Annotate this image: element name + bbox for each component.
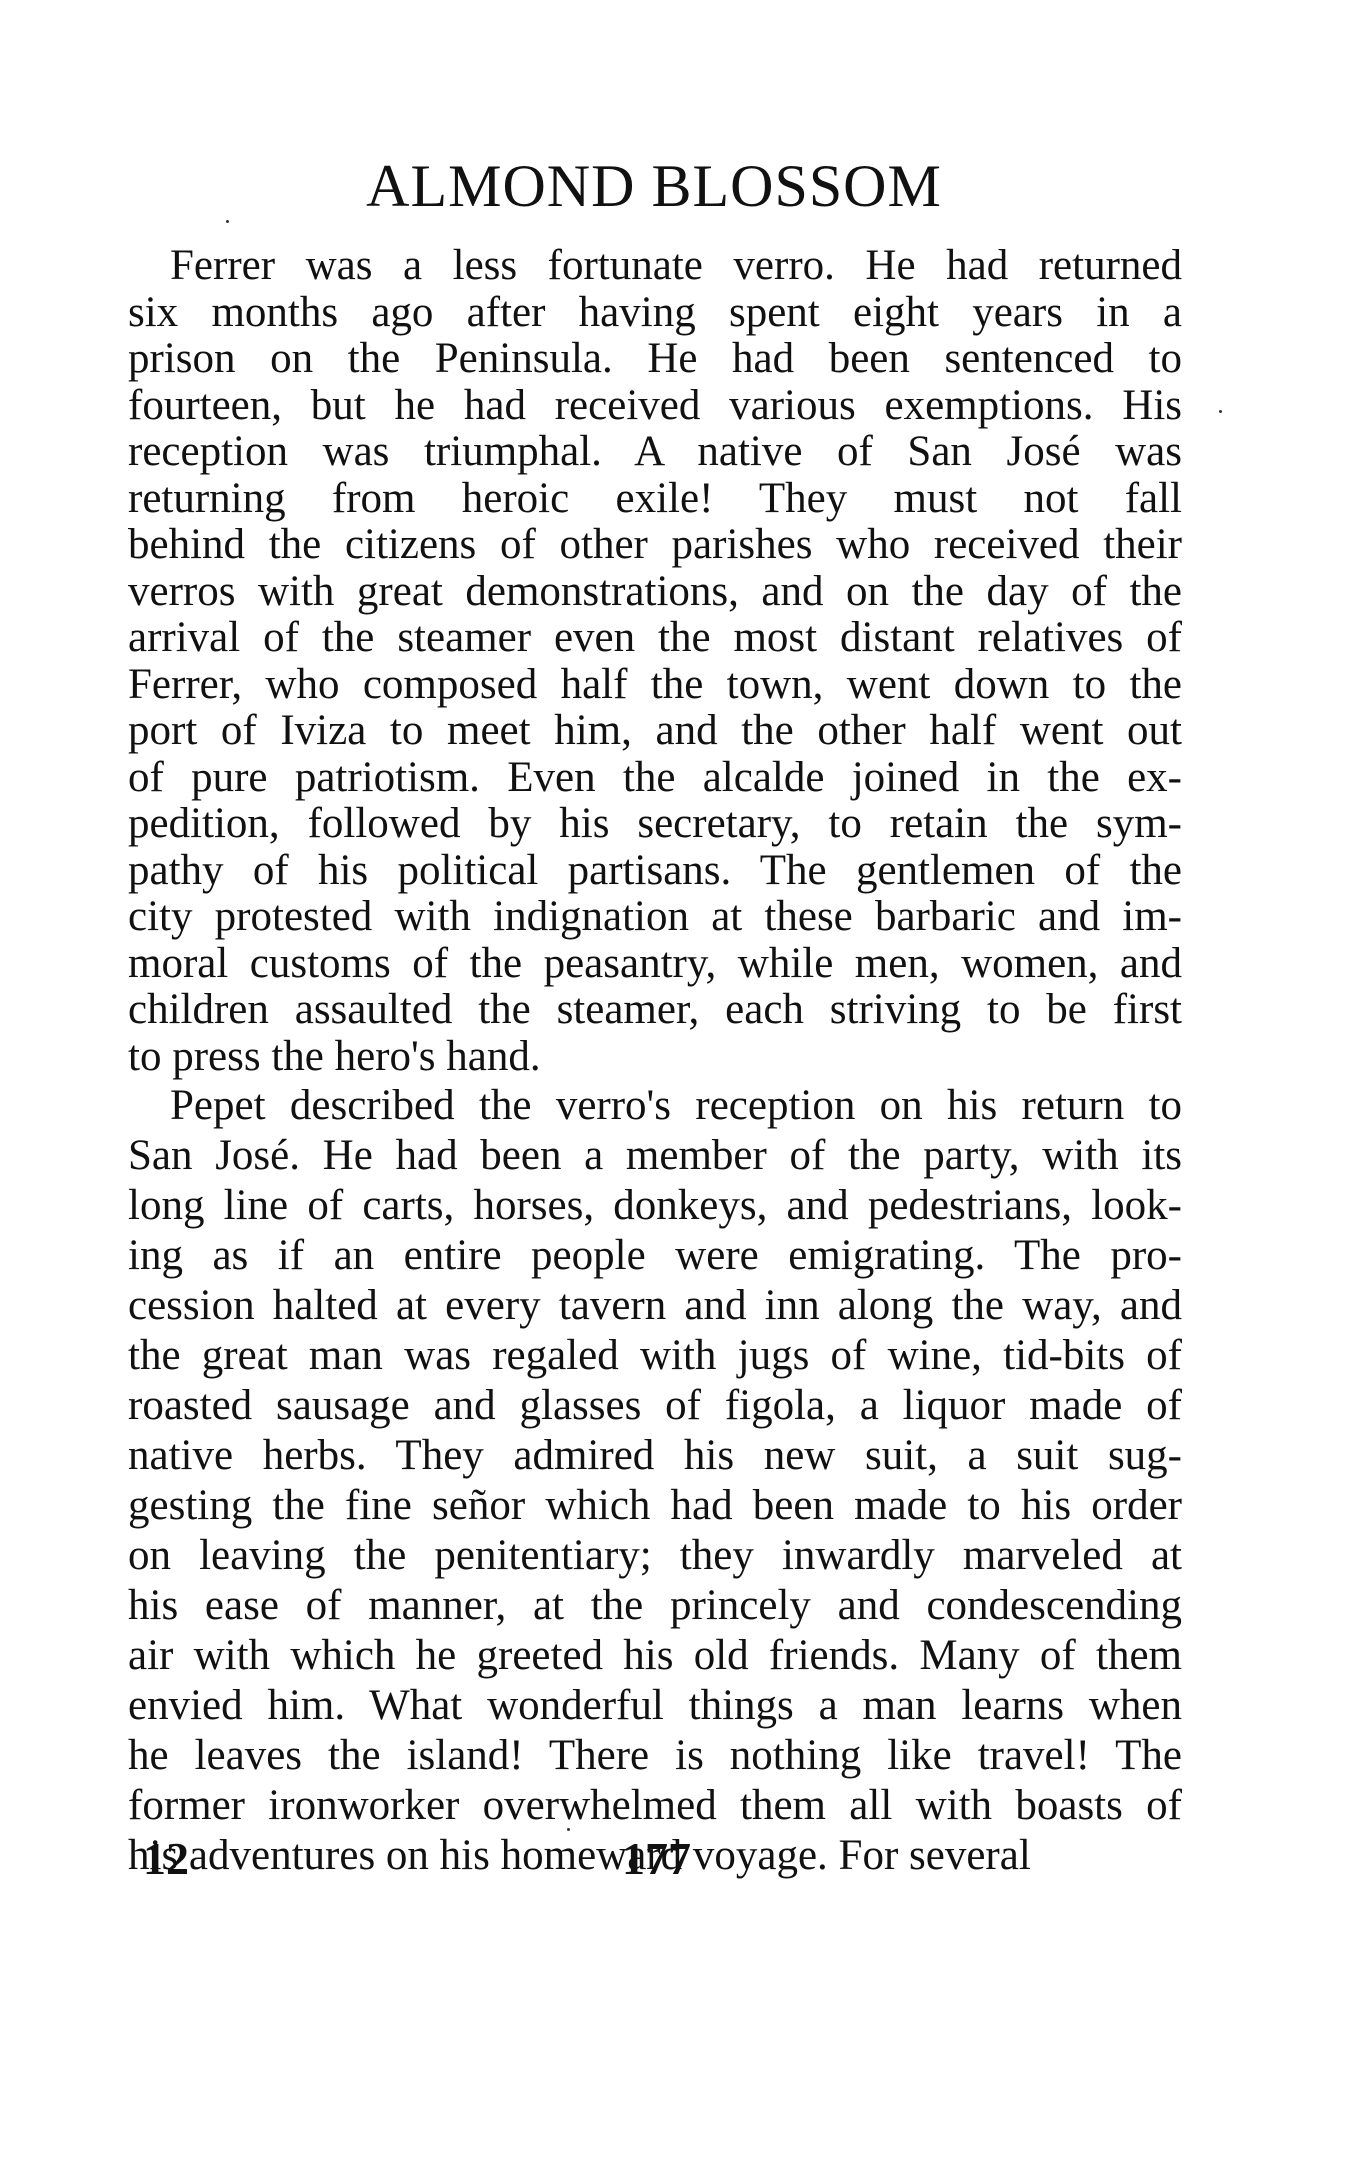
scan-speck — [1219, 410, 1222, 413]
page-number: 177 — [622, 1836, 691, 1882]
scan-speck — [567, 1828, 570, 1831]
signature-mark: 12 — [143, 1836, 189, 1882]
scan-speck — [226, 220, 229, 223]
running-title: ALMOND BLOSSOM — [0, 150, 1308, 222]
book-page: ALMOND BLOSSOM Ferrer was a less fortuna… — [0, 0, 1371, 2163]
